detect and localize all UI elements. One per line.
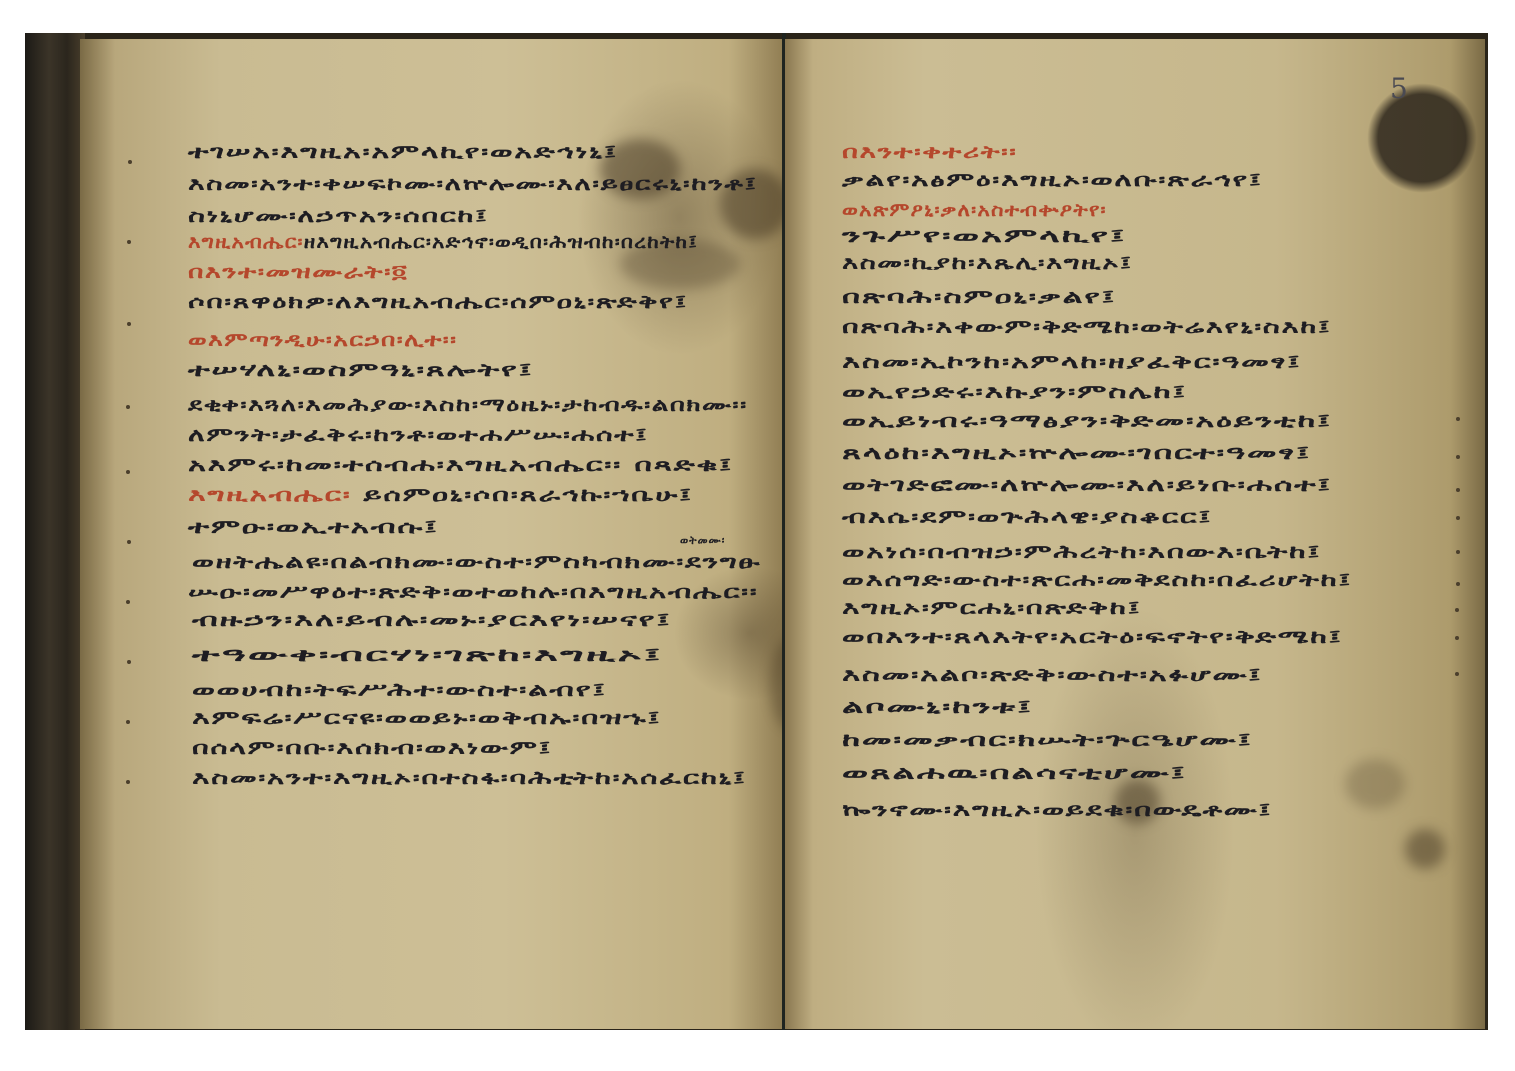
- text-line: ተገሠአ፡እግዚአ፡አምላኪየ፡ወአድኅነኒ፤: [188, 142, 618, 163]
- text-line: ወኢየኃድሩ፡እኩያን፡ምስሌከ፤: [842, 382, 1187, 403]
- text-line: ዘእግዚአብሔር፡አድኅኖ፡ወዲበ፡ሕዝብከ፡በረከትከ፤: [304, 232, 698, 253]
- text-line: ወትገድፎሙ፡ለኵሎሙ፡እለ፡ይነቡ፡ሐሰተ፤: [842, 475, 1332, 496]
- text-line-with-rubric: እግዚአብሔር፡ዘእግዚአብሔር፡አድኅኖ፡ወዲበ፡ሕዝብከ፡በረከትከ፤: [188, 232, 698, 253]
- text-line: በጽባሕ፡ስምዐኒ፡ቃልየ፤: [842, 287, 1116, 308]
- text-line: ለምንት፡ታፈቅሩ፡ከንቶ፡ወተሐሥሡ፡ሐሰተ፤: [188, 425, 648, 446]
- text-line: ብእሴ፡ደም፡ወጕሕላዌ፡ያስቆርር፤: [842, 507, 1212, 528]
- text-line: ተምዑ፡ወኢተአብሱ፤: [188, 517, 439, 538]
- text-line: ወኢይነብሩ፡ዓማፅያን፡ቅድመ፡አዕይንቲከ፤: [842, 411, 1332, 432]
- rubric-line: ወእምጣንዲሁ፡አርኃበ፡ሊተ፡፡: [188, 330, 457, 351]
- text-line: እስመ፡አልቦ፡ጽድቅ፡ውስተ፡አፉሆሙ፤: [842, 665, 1262, 686]
- text-line: ልቦሙኒ፡ከንቱ፤: [842, 697, 1033, 718]
- text-line: ኰንኖሙ፡እግዚኦ፡ወይደቁ፡በውዴቶሙ፤: [842, 800, 1272, 821]
- text-line: ወበእንተ፡ጸላእትየ፡አርትዕ፡ፍኖትየ፡ቅድሜከ፤: [842, 627, 1343, 648]
- text-line: ወአነሰ፡በብዝኃ፡ምሕረትከ፡እበውእ፡ቤትከ፤: [842, 542, 1321, 563]
- rubric-line: በእንተ፡መዝሙራት፡፬: [188, 262, 408, 283]
- text-line: ንጉሥየ፡ወአምላኪየ፤: [842, 226, 1126, 247]
- text-line: ተሠሃለኒ፡ወስምዓኒ፡ጸሎትየ፤: [188, 360, 533, 381]
- rubric-line: በእንተ፡ቀተሪት፡፡: [842, 142, 1017, 163]
- text-line: ብዙኃን፡እለ፡ይብሉ፡መኑ፡ያርእየነ፡ሠናየ፤: [192, 610, 671, 631]
- text-line: እስመ፡አንተ፡ቀሠፍኮሙ፡ለኵሎሙ፡እለ፡ይፀርሩኒ፡ከንቶ፤: [188, 174, 758, 195]
- text-line: እምፍሬ፡ሥርናዩ፡ወወይኑ፡ወቅብኡ፡በዝኁ፤: [192, 708, 661, 729]
- folio-number: 5: [1390, 72, 1408, 105]
- text-line: እግዚኦ፡ምርሐኒ፡በጽድቅከ፤: [842, 598, 1141, 619]
- text-line: ጸላዕከ፡እግዚኦ፡ኵሎሙ፡ገበርተ፡ዓመፃ፤: [842, 443, 1311, 464]
- text-line: ሶበ፡ጸዋዕክዎ፡ለእግዚአብሔር፡ሰምዐኒ፡ጽድቅየ፤: [188, 292, 688, 313]
- rubric-line: ወአጽምዖኒ፡ቃለ፡አስተብቍዖትየ፡: [842, 200, 1107, 221]
- text-line-with-rubric: እግዚአብሔር፡ ይሰምዐኒ፡ሶበ፡ጸራኅኩ፡ኀቤሁ፤: [188, 485, 693, 506]
- text-line: እስመ፡አንተ፡እግዚኦ፡በተስፋ፡ባሕቲትከ፡አሰፈርከኒ፤: [192, 768, 747, 789]
- text-line: ቃልየ፡አፅምዕ፡እግዚኦ፡ወለቡ፡ጽራኅየ፤: [842, 170, 1263, 191]
- rubric: እግዚአብሔር፡: [188, 485, 351, 506]
- text-line: ወዘትሔልዩ፡በልብክሙ፡ውስተ፡ምስካብክሙ፡ደንግፁ: [192, 552, 761, 573]
- text-line: በሰላም፡በቡ፡እሰክብ፡ወእነውም፤: [192, 738, 552, 759]
- text-line: ወእሰግድ፡ውስተ፡ጽርሐ፡መቅደስከ፡በፈሪሆትከ፤: [842, 570, 1352, 591]
- text-line: ደቂቀ፡እጓለ፡እመሕያው፡እስከ፡ማዕዜኑ፡ታከብዱ፡ልበክሙ፡፡: [188, 395, 748, 416]
- text-line: ከመ፡መቃብር፡ክሡት፡ጕርዔሆሙ፤: [842, 730, 1253, 751]
- text-line: ወወሀብከ፡ትፍሥሕተ፡ውስተ፡ልብየ፤: [192, 680, 607, 701]
- text-line: ሡዑ፡መሥዋዕተ፡ጽድቅ፡ወተወከሉ፡በእግዚአብሔር፡፡: [188, 582, 758, 603]
- book-cover-edge: [25, 33, 85, 1030]
- text-line: ወጸልሐዉ፡በልሳናቲሆሙ፤: [842, 763, 1187, 784]
- stain: [1405, 829, 1445, 869]
- text-line: ስነኒሆሙ፡ለኃጥአን፡ሰበርከ፤: [188, 206, 489, 227]
- text-line: በጽባሕ፡እቀውም፡ቅድሜከ፡ወትሬእየኒ፡ስእከ፤: [842, 317, 1331, 338]
- stain: [1345, 759, 1405, 809]
- text-line: ተዓውቀ፡ብርሃነ፡ገጽከ፡እግዚኦ፤: [192, 645, 663, 666]
- rubric: እግዚአብሔር፡: [188, 232, 304, 253]
- text-line: እስመ፡ኢኮንከ፡አምላከ፡ዘያፈቅር፡ዓመፃ፤: [842, 352, 1301, 373]
- text-line: እስመ፡ኪያከ፡እጼሊ፡እግዚኦ፤: [842, 253, 1133, 274]
- text-line: ይሰምዐኒ፡ሶበ፡ጸራኅኩ፡ኀቤሁ፤: [351, 485, 693, 506]
- marginal-note: ወትመሙ፡: [680, 534, 725, 548]
- text-line: አእምሩ፡ከመ፡ተሰብሐ፡እግዚአብሔር፡፡ በጻድቁ፤: [188, 455, 733, 476]
